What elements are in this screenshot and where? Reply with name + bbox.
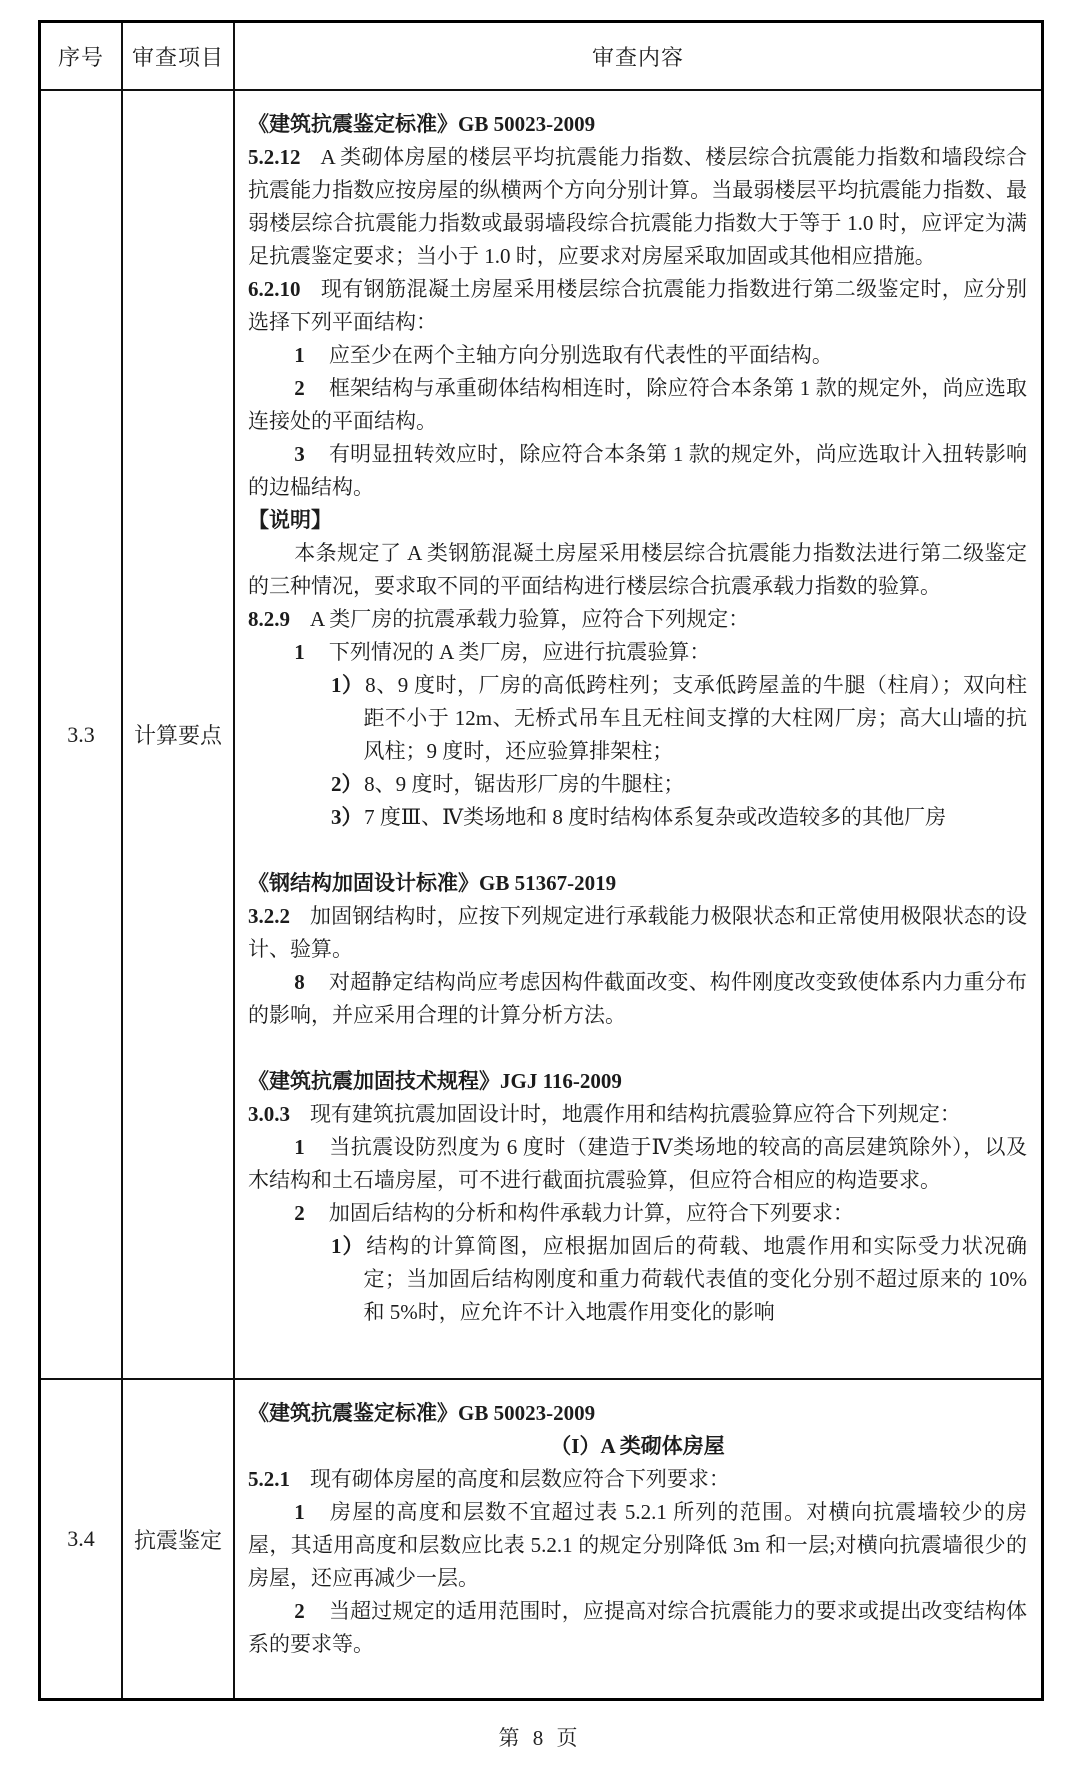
review-item-cell: 抗震鉴定 [123, 1380, 235, 1698]
clause-marker: 8 [294, 970, 305, 994]
clause-marker: 5.2.1 [248, 1467, 290, 1491]
paragraph-item: 3有明显扭转效应时，除应符合本条第 1 款的规定外，尚应选取计入扭转影响的边榀结… [248, 438, 1027, 504]
paragraph-item: 2当超过规定的适用范围时，应提高对综合抗震能力的要求或提出改变结构体系的要求等。 [248, 1595, 1027, 1661]
review-table: 序号 审查项目 审查内容 3.3计算要点《建筑抗震鉴定标准》GB 50023-2… [38, 20, 1044, 1701]
clause-marker: 3.0.3 [248, 1102, 290, 1126]
clause-marker: 3 [294, 442, 305, 466]
paragraph-subitem: 1）结构的计算简图，应根据加固后的荷载、地震作用和实际受力状况确定；当加固后结构… [248, 1230, 1027, 1329]
clause-marker: 1 [294, 640, 305, 664]
col-header-item: 审查项目 [123, 23, 235, 89]
clause-marker: 1 [294, 343, 305, 367]
clause-marker: 8.2.9 [248, 607, 290, 631]
paragraph-item: 8对超静定结构尚应考虑因构件截面改变、构件刚度改变致使体系内力重分布的影响，并应… [248, 966, 1027, 1032]
paragraph-body: 本条规定了 A 类钢筋混凝土房屋采用楼层综合抗震能力指数法进行第二级鉴定的三种情… [248, 537, 1027, 603]
paragraph-section: 8.2.9A 类厂房的抗震承载力验算，应符合下列规定： [248, 603, 1027, 636]
paragraph-section: 6.2.10现有钢筋混凝土房屋采用楼层综合抗震能力指数进行第二级鉴定时，应分别选… [248, 273, 1027, 339]
clause-marker: 2 [294, 1201, 305, 1225]
paragraph-heading: 《建筑抗震鉴定标准》GB 50023-2009 [248, 1397, 1027, 1430]
paragraph-note: 【说明】 [248, 504, 1027, 537]
paragraph-item: 1当抗震设防烈度为 6 度时（建造于Ⅳ类场地的较高的高层建筑除外），以及木结构和… [248, 1131, 1027, 1197]
clause-marker: 2 [294, 1599, 305, 1623]
clause-marker: 1） [331, 1234, 365, 1258]
paragraph-subitem: 2）8、9 度时，锯齿形厂房的牛腿柱； [248, 768, 1027, 801]
document-page: 序号 审查项目 审查内容 3.3计算要点《建筑抗震鉴定标准》GB 50023-2… [0, 0, 1080, 1770]
paragraph-item: 2加固后结构的分析和构件承载力计算，应符合下列要求： [248, 1197, 1027, 1230]
paragraph-heading: 《建筑抗震鉴定标准》GB 50023-2009 [248, 108, 1027, 141]
clause-marker: 5.2.12 [248, 145, 301, 169]
paragraph-item: 1应至少在两个主轴方向分别选取有代表性的平面结构。 [248, 339, 1027, 372]
clause-marker: 6.2.10 [248, 277, 301, 301]
table-row: 3.3计算要点《建筑抗震鉴定标准》GB 50023-20095.2.12A 类砌… [41, 89, 1041, 1378]
paragraph-section: 3.0.3现有建筑抗震加固设计时，地震作用和结构抗震验算应符合下列规定： [248, 1098, 1027, 1131]
row-number-cell: 3.4 [41, 1380, 123, 1698]
clause-marker: 2 [294, 376, 305, 400]
paragraph-section: 3.2.2加固钢结构时，应按下列规定进行承载能力极限状态和正常使用极限状态的设计… [248, 900, 1027, 966]
paragraph-section: 5.2.1现有砌体房屋的高度和层数应符合下列要求： [248, 1463, 1027, 1496]
clause-marker: 2） [331, 772, 363, 796]
paragraph-item: 1下列情况的 A 类厂房，应进行抗震验算： [248, 636, 1027, 669]
review-content-cell: 《建筑抗震鉴定标准》GB 50023-2009（I）A 类砌体房屋5.2.1现有… [235, 1380, 1041, 1698]
paragraph-subitem: 3）7 度Ⅲ、Ⅳ类场地和 8 度时结构体系复杂或改造较多的其他厂房 [248, 801, 1027, 834]
col-header-content: 审查内容 [235, 23, 1041, 89]
paragraph-item: 1房屋的高度和层数不宜超过表 5.2.1 所列的范围。对横向抗震墙较少的房屋，其… [248, 1496, 1027, 1595]
row-number-cell: 3.3 [41, 91, 123, 1378]
review-content-cell: 《建筑抗震鉴定标准》GB 50023-20095.2.12A 类砌体房屋的楼层平… [235, 91, 1041, 1378]
review-item-cell: 计算要点 [123, 91, 235, 1378]
paragraph-subitem: 1）8、9 度时，厂房的高低跨柱列；支承低跨屋盖的牛腿（柱肩）；双向柱距不小于 … [248, 669, 1027, 768]
clause-marker: 3） [331, 805, 363, 829]
clause-marker: 1 [294, 1135, 305, 1159]
paragraph-item: 2框架结构与承重砌体结构相连时，除应符合本条第 1 款的规定外，尚应选取连接处的… [248, 372, 1027, 438]
paragraph-center: （I）A 类砌体房屋 [248, 1430, 1027, 1463]
paragraph-section: 5.2.12A 类砌体房屋的楼层平均抗震能力指数、楼层综合抗震能力指数和墙段综合… [248, 141, 1027, 273]
clause-marker: 1） [331, 673, 364, 697]
clause-marker: 1 [294, 1500, 305, 1524]
clause-marker: 3.2.2 [248, 904, 290, 928]
paragraph-heading: 《建筑抗震加固技术规程》JGJ 116-2009 [248, 1065, 1027, 1098]
table-header-row: 序号 审查项目 审查内容 [41, 23, 1041, 89]
table-row: 3.4抗震鉴定《建筑抗震鉴定标准》GB 50023-2009（I）A 类砌体房屋… [41, 1378, 1041, 1698]
paragraph-heading: 《钢结构加固设计标准》GB 51367-2019 [248, 867, 1027, 900]
page-number: 第 8 页 [0, 1722, 1080, 1752]
col-header-no: 序号 [41, 23, 123, 89]
